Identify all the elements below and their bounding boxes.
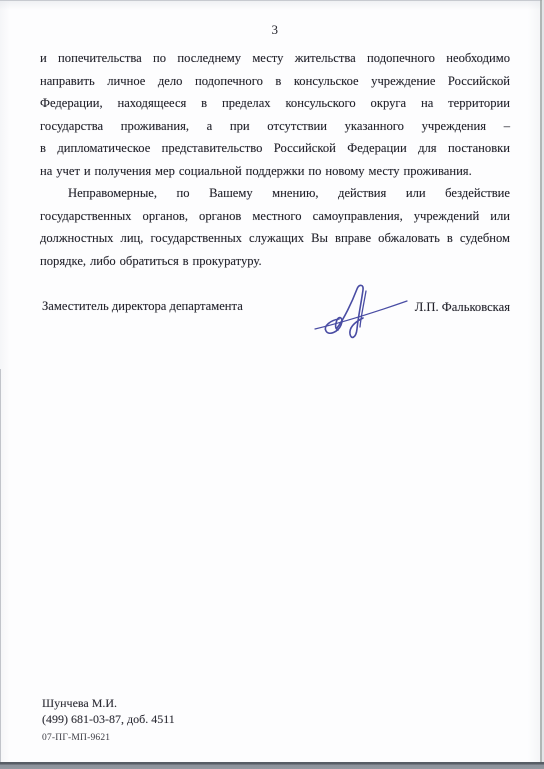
letter-body: и попечительства по последнему месту жит… (40, 47, 510, 272)
scan-edge-top (0, 0, 544, 1)
page-number: 3 (40, 22, 510, 38)
signer-position-title: Заместитель директора департамента (42, 299, 243, 314)
text-line: в дипломатическое представительство Росс… (40, 137, 510, 160)
text-line: порядке, либо обратиться в прокуратуру. (40, 250, 510, 273)
scan-edge-left (0, 369, 1, 762)
signer-name: Л.П. Фальковская (415, 300, 510, 315)
executor-phone: (499) 681-03-87, доб. 4511 (42, 712, 175, 728)
executor-contact-block: Шунчева М.И. (499) 681-03-87, доб. 4511 (42, 696, 175, 727)
text-line: государства проживания, а при отсутствии… (40, 115, 510, 138)
scan-edge-bottom (0, 762, 544, 769)
executor-name: Шунчева М.И. (42, 696, 175, 712)
text-line: и попечительства по последнему месту жит… (40, 47, 510, 70)
text-line: государственных органов, органов местног… (40, 205, 510, 228)
scan-edge-right (540, 0, 542, 762)
text-line: Федерации, находящееся в пределах консул… (40, 92, 510, 115)
text-line: должностных лиц, государственных служащи… (40, 227, 510, 250)
text-line: направить личное дело подопечного в конс… (40, 70, 510, 93)
text-line: Неправомерные, по Вашему мнению, действи… (40, 182, 510, 205)
scanned-letter-page: 3 и попечительства по последнему месту ж… (0, 0, 544, 769)
handwritten-signature-icon (308, 278, 413, 344)
signature-block: Заместитель директора департамента Л.П. … (40, 296, 510, 352)
document-reference-code: 07-ПГ-МП-9621 (42, 733, 110, 743)
text-line: на учет и получения мер социальной подде… (40, 160, 510, 183)
